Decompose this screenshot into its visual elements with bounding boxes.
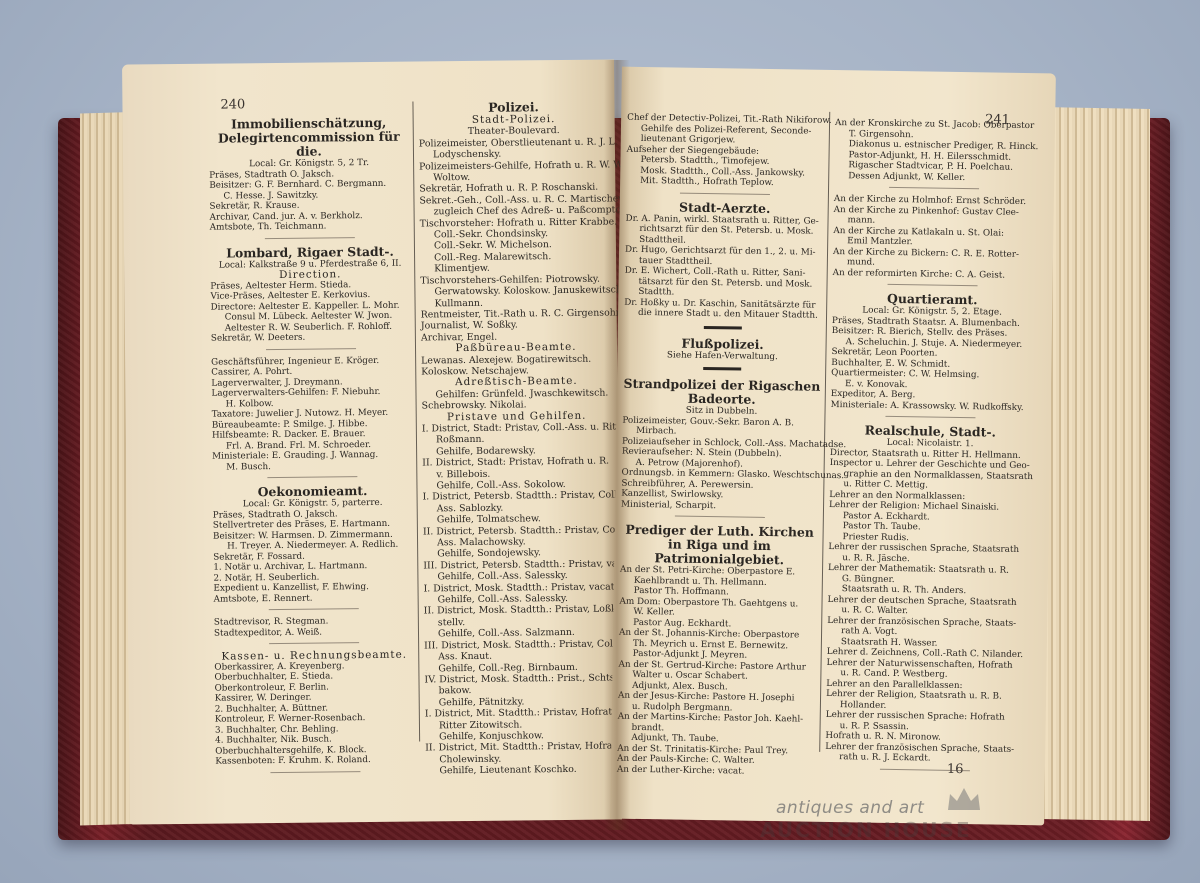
- entry-line: Amtsbote, E. Rennert.: [214, 592, 414, 605]
- section-heading: Immobilienschätzung, Delegirtencommissio…: [209, 116, 409, 160]
- right-page-stack: [1040, 107, 1150, 821]
- entry-line: Kassenboten: F. Kruhm. K. Roland.: [215, 755, 415, 768]
- section-heading: Lombard, Rigaer Stadt-.: [210, 244, 410, 260]
- entry-line: Aeltester R. W. Seuberlich. F. Rohloff.: [211, 321, 411, 334]
- entry-line: I. District, Mosk. Stadtth.: Pristav, va…: [423, 581, 613, 594]
- page-number: 240: [220, 97, 245, 112]
- entry-line: Gehilfe, Lieutenant Koschko.: [425, 764, 615, 777]
- divider: [269, 642, 359, 644]
- divider: [266, 348, 356, 350]
- divider: [885, 416, 975, 418]
- entry-line: I. District, Petersb. Stadtth.: Pristav,…: [423, 490, 613, 503]
- left-page: 240 Immobilienschätzung, Delegirtencommi…: [122, 59, 622, 824]
- location-line: Siehe Hafen-Verwaltung.: [623, 349, 821, 363]
- entry-line: M. Busch.: [212, 460, 412, 473]
- entry-line: II. District, Mosk. Stadtth.: Pristav, L…: [424, 604, 614, 617]
- entry-line: Amtsbote, Th. Teichmann.: [210, 221, 410, 234]
- entry-line: Ministerial, Scharpit.: [621, 499, 819, 513]
- entry-line: Gerwatowsky. Koloskow. Januskewitsch.: [420, 285, 610, 298]
- left-column: Immobilienschätzung, Delegirtencommissio…: [209, 114, 416, 781]
- divider: [675, 516, 765, 518]
- entry-line: Beisitzer: G. F. Bernhard. C. Bergmann.: [209, 179, 409, 192]
- section-heading: Strandpolizei der Rigaschen Badeorte.: [623, 377, 821, 408]
- divider: [680, 192, 770, 194]
- entry-line: II. District, Stadt: Pristav, Hofrath u.…: [422, 456, 612, 469]
- divider: [265, 237, 355, 239]
- entry-line: III. District, Mosk. Stadtth.: Pristav, …: [424, 638, 614, 651]
- book-gutter: [604, 60, 630, 830]
- crown-icon: [946, 786, 982, 812]
- entry-line: Lewanas. Alexejew. Bogatirewitsch.: [421, 353, 611, 366]
- entry-line: I. District, Mit. Stadtth.: Pristav, Hof…: [425, 707, 615, 720]
- divider: [889, 187, 979, 189]
- divider: [880, 768, 970, 770]
- bold-divider: [703, 367, 741, 371]
- entry-line: II. District, Petersb. Stadtth.: Pristav…: [423, 524, 613, 537]
- police-column: Polizei.Stadt-Polizei.Theater-Boulevard.…: [418, 98, 615, 778]
- entry-line: Taxatore: Juwelier J. Nutowz. H. Meyer.: [212, 408, 412, 421]
- entry-line: H. Treyer. A. Niedermeyer. A. Redlich.: [213, 540, 413, 553]
- section-heading: Prediger der Luth. Kirchen in Riga und i…: [620, 523, 819, 568]
- entry-line: II. District, Mit. Stadtth.: Pristav, Ho…: [425, 741, 615, 754]
- divider: [267, 476, 357, 478]
- divider: [270, 771, 360, 773]
- entry-line: III. District, Petersb. Stadtth.: Prista…: [423, 558, 613, 571]
- entry-line: die innere Stadt u. den Mitauer Stadtth.: [624, 308, 822, 322]
- entry-line: Gehilfen: Grünfeld. Jwaschkewitsch.: [421, 387, 611, 400]
- entry-line: An der Luther-Kirche: vacat.: [617, 764, 815, 778]
- right-right-column: An der Kronskirche zu St. Jacob: Oberpas…: [825, 118, 1035, 779]
- entry-line: Polizeimeister, Oberstlieutenant u. R. J…: [419, 136, 609, 149]
- right-left-column: Chef der Detectiv-Polizei, Tit.-Rath Nik…: [617, 113, 825, 778]
- entry-line: Rentmeister, Tit.-Rath u. R. C. Girgenso…: [421, 307, 611, 320]
- divider: [269, 608, 359, 610]
- entry-line: Ministeriale: A. Krassowsky. W. Rudkoffs…: [831, 399, 1031, 413]
- right-page: 241 16 Chef der Detectiv-Polizei, Tit.-R…: [610, 67, 1056, 826]
- entry-line: Polizeimeisters-Gehilfe, Hofrath u. R. W…: [419, 159, 609, 172]
- entry-line: IV. District, Mosk. Stadtth.: Prist., Sc…: [424, 672, 614, 685]
- entry-line: Sekretär, W. Deeters.: [211, 332, 411, 345]
- watermark-text: antiques and art: [776, 798, 924, 818]
- section-subheading: Kassen- u. Rechnungsbeamte.: [214, 650, 414, 663]
- entry-line: Tischvorsteher: Hofrath u. Ritter Krabbe…: [420, 216, 610, 229]
- watermark-subtext: AUCTION HOUSE: [760, 818, 972, 842]
- bold-divider: [704, 325, 742, 329]
- entry-line: Stadtexpeditor, A. Weiß.: [214, 626, 414, 639]
- divider: [888, 284, 978, 286]
- entry-line: An der reformirten Kirche: C. A. Geist.: [833, 267, 1033, 281]
